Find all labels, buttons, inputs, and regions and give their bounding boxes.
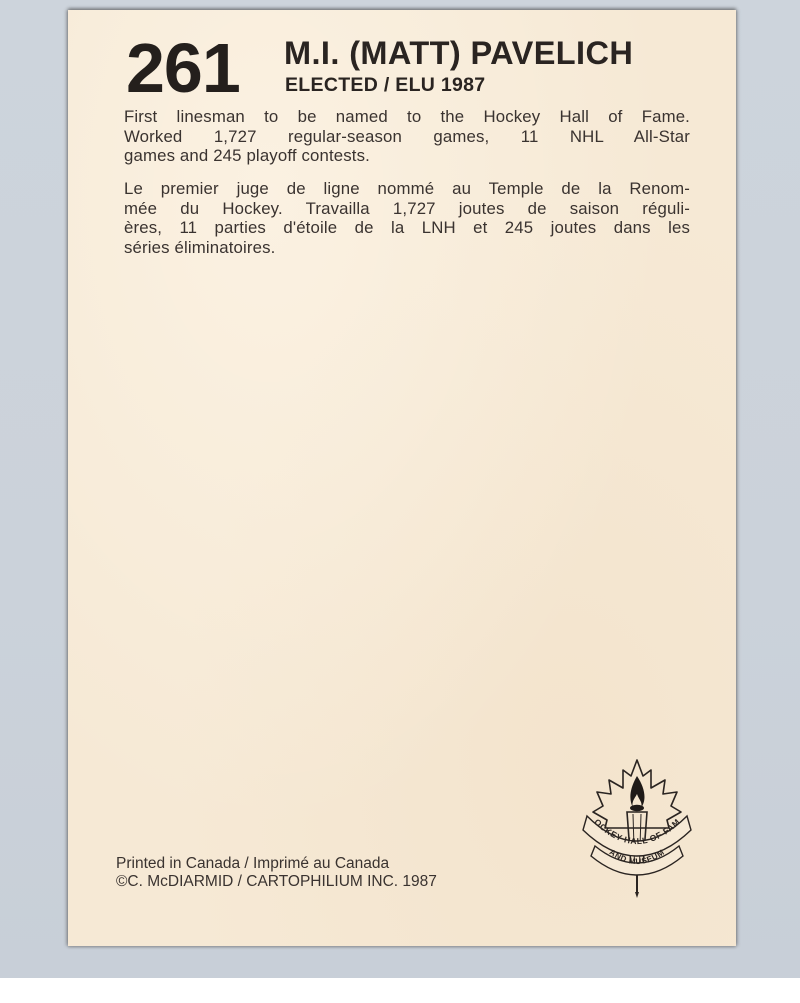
- trading-card-back: 261 M.I. (MATT) PAVELICH ELECTED / ELU 1…: [68, 10, 736, 946]
- bio-line: First linesman to be named to the Hockey…: [124, 107, 690, 127]
- elected-year: ELECTED / ELU 1987: [285, 76, 485, 96]
- player-name: M.I. (MATT) PAVELICH: [284, 37, 633, 70]
- bio-line: Worked 1,727 regular-season games, 11 NH…: [124, 127, 690, 147]
- bio-french: Le premier juge de ligne nommé au Temple…: [124, 179, 690, 257]
- card-number: 261: [126, 33, 240, 103]
- bio-line: ères, 11 parties d'étoile de la LNH et 2…: [124, 218, 690, 238]
- bio-line: séries éliminatoires.: [124, 238, 690, 258]
- bio-line: games and 245 playoff contests.: [124, 146, 690, 166]
- bio-english: First linesman to be named to the Hockey…: [124, 107, 690, 166]
- printed-in-text: Printed in Canada / Imprimé au Canada: [116, 855, 437, 873]
- bio-line: mée du Hockey. Travailla 1,727 joutes de…: [124, 199, 690, 219]
- hockey-hall-of-fame-torch-maple-leaf-icon: HOCKEY HALL OF FAME AND MUSEUM: [581, 754, 693, 900]
- bio-line: Le premier juge de ligne nommé au Temple…: [124, 179, 690, 199]
- card-footer: Printed in Canada / Imprimé au Canada ©C…: [116, 855, 437, 890]
- copyright-text: ©C. McDIARMID / CARTOPHILIUM INC. 1987: [116, 873, 437, 891]
